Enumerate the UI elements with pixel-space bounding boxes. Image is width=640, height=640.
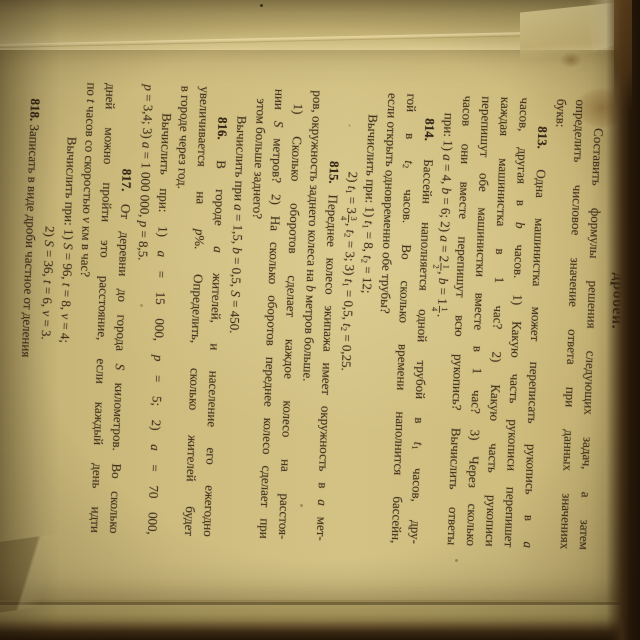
book-cover-edge-right [606, 0, 640, 640]
page-top-fold-band [0, 0, 640, 50]
photo-scene: дробей. Составить формулы решения следую… [0, 0, 640, 640]
print-lines: Составить формулы решения следующих зада… [9, 50, 613, 590]
rotated-printed-text: дробей. Составить формулы решения следую… [0, 50, 639, 591]
fold-crease-highlight [0, 29, 640, 48]
paper-specks [260, 4, 263, 7]
ink-stain-small [560, 52, 582, 68]
